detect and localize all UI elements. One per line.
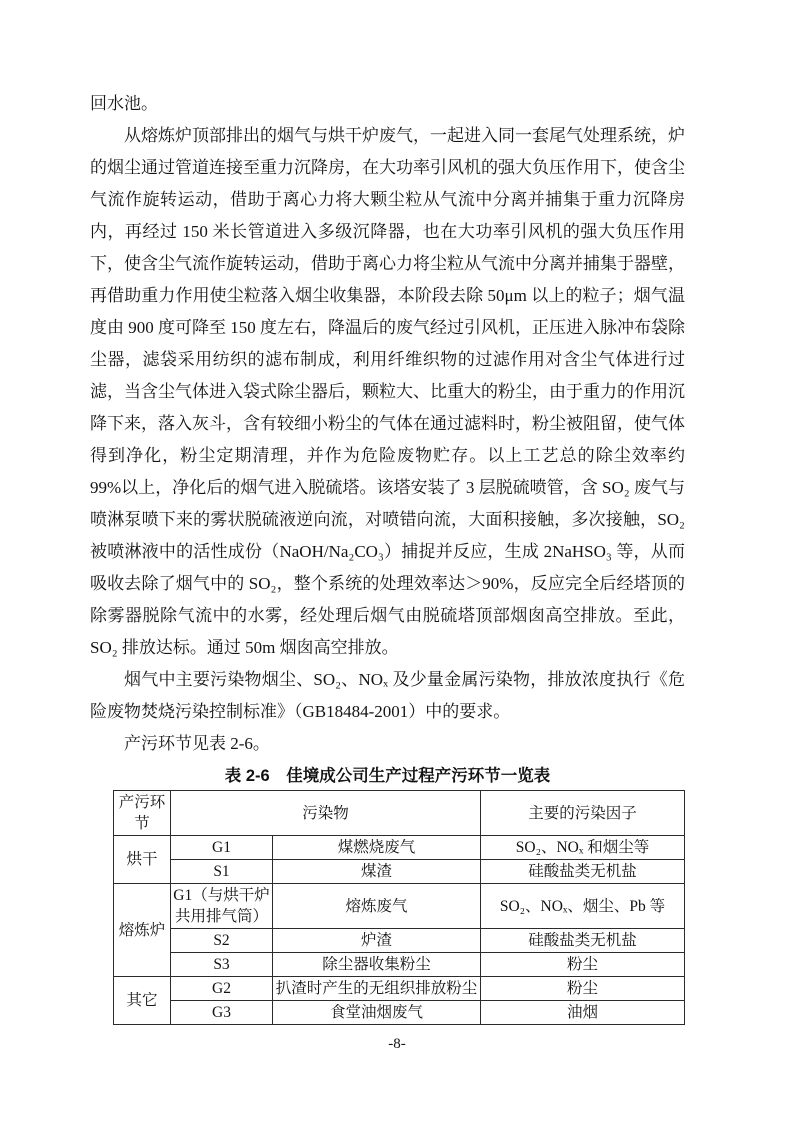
stage-cell-drying: 烘干 [114,836,171,884]
factors-cell: 油烟 [481,1001,685,1025]
code-cell: S3 [171,953,273,977]
table-row: 烘干 G1 煤燃烧废气 SO₂、NOₓ 和烟尘等 [114,836,685,860]
pollutant-cell: 熔炼废气 [273,884,481,929]
table-row: S3 除尘器收集粉尘 粉尘 [114,953,685,977]
pollutant-cell: 煤渣 [273,860,481,884]
page-body: 回水池。 从熔炼炉顶部排出的烟气与烘干炉废气，一起进入同一套尾气处理系统，炉的烟… [90,88,685,1025]
factors-cell: 粉尘 [481,977,685,1001]
header-stage: 产污环节 [114,791,171,836]
code-cell: G1（与烘干炉共用排气筒） [171,884,273,929]
header-factors: 主要的污染因子 [481,791,685,836]
pollutant-cell: 食堂油烟废气 [273,1001,481,1025]
paragraph-tail: 回水池。 [90,88,685,120]
factors-cell: SO₂、NOₓ 和烟尘等 [481,836,685,860]
table-row: G3 食堂油烟废气 油烟 [114,1001,685,1025]
factors-cell: 硅酸盐类无机盐 [481,860,685,884]
stage-cell-other: 其它 [114,977,171,1025]
header-pollutant: 污染物 [171,791,481,836]
pollutant-cell: 煤燃烧废气 [273,836,481,860]
paragraph-table-reference: 产污环节见表 2-6。 [90,728,685,760]
pollutant-cell: 扒渣时产生的无组织排放粉尘 [273,977,481,1001]
table-header-row: 产污环节 污染物 主要的污染因子 [114,791,685,836]
paragraph-emission-standard: 烟气中主要污染物烟尘、SO₂、NOₓ 及少量金属污染物，排放浓度执行《危险废物焚… [90,664,685,728]
code-cell: S1 [171,860,273,884]
table-row: S2 炉渣 硅酸盐类无机盐 [114,929,685,953]
code-cell: G3 [171,1001,273,1025]
pollutant-cell: 除尘器收集粉尘 [273,953,481,977]
paragraph-flue-gas-process: 从熔炼炉顶部排出的烟气与烘干炉废气，一起进入同一套尾气处理系统，炉的烟尘通过管道… [90,120,685,664]
factors-cell: 粉尘 [481,953,685,977]
table-row: 其它 G2 扒渣时产生的无组织排放粉尘 粉尘 [114,977,685,1001]
table-title: 表 2-6 佳境成公司生产过程产污环节一览表 [90,765,685,788]
code-cell: S2 [171,929,273,953]
document-page: 回水池。 从熔炼炉顶部排出的烟气与烘干炉废气，一起进入同一套尾气处理系统，炉的烟… [0,0,794,1123]
code-cell: G1 [171,836,273,860]
factors-cell: SO₂、NOₓ、烟尘、Pb 等 [481,884,685,929]
table-row: 熔炼炉 G1（与烘干炉共用排气筒） 熔炼废气 SO₂、NOₓ、烟尘、Pb 等 [114,884,685,929]
factors-cell: 硅酸盐类无机盐 [481,929,685,953]
stage-cell-smelting: 熔炼炉 [114,884,171,977]
page-number: -8- [0,1036,794,1053]
code-cell: G2 [171,977,273,1001]
table-row: S1 煤渣 硅酸盐类无机盐 [114,860,685,884]
pollution-stages-table: 产污环节 污染物 主要的污染因子 烘干 G1 煤燃烧废气 SO₂、NOₓ 和烟尘… [113,790,685,1025]
pollutant-cell: 炉渣 [273,929,481,953]
